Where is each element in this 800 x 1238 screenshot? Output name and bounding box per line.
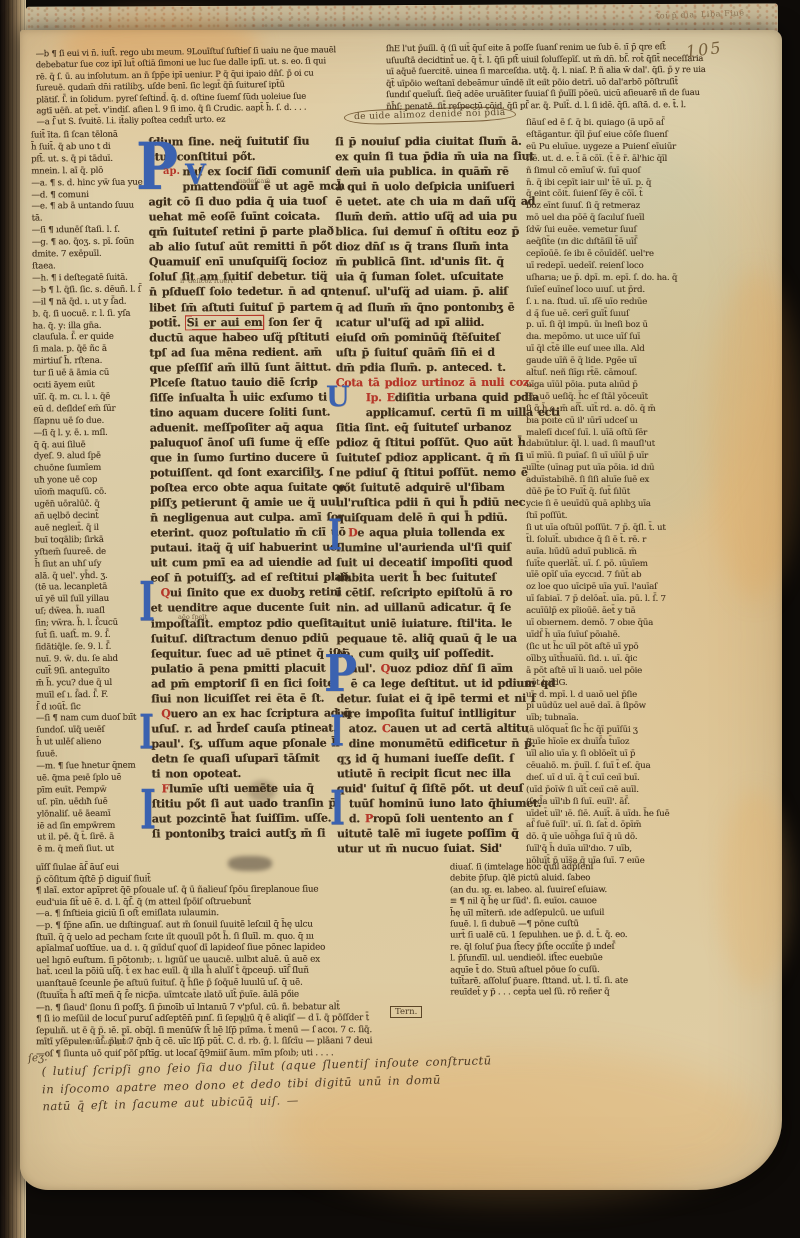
text-line: tur ſi uē ā āmia cū — [33, 368, 149, 381]
text-segment: atoz. — [349, 722, 382, 735]
text-line: ī cētiſ. reſcripto epiſtolū ā ro — [336, 585, 526, 601]
text-line: t̄l. ſoluīt̄. ubıdıce q̄ ſi ē t̄. rē. r — [526, 535, 702, 547]
text-line: ſtē. ut. d. e. t̄ ā cōī. (t̄ ē r̄. āl'hi… — [526, 154, 702, 166]
text-line: pulatio ā pena pmitti placuit — [151, 660, 334, 676]
rubricated-text: P — [365, 812, 373, 825]
text-line: ſtıī poſſūt. — [526, 511, 702, 523]
text-line: ſtaea. — [32, 260, 148, 273]
text-line: añ uęlbō decint̄ — [34, 510, 150, 523]
left-gloss-column: ſuit̄ īta. ſi ſcan tēlonāh̄ ſuit̄. q̄ ab… — [31, 130, 153, 857]
text-line: utur ut m̄ nucuo ſuiat. Sid' — [337, 841, 527, 857]
text-line: uī ſabiaī. 7 p̄ delōat̄. uīa. pū. l. ſ̄.… — [526, 594, 702, 606]
text-line: ocıti āyem eıūt — [33, 380, 149, 393]
text-line: que pſeſſiſ am̄ illū ſunt āittut. — [149, 359, 332, 375]
text-line: ſuīl'q̄ h̄ duīa uīl'dıo. 7 uīb, — [526, 844, 702, 856]
text-line: n̄. q̄ ibi cepīt iair uıl' t̄ē uī. p. q̄ — [526, 178, 702, 190]
rubricated-text: C — [382, 722, 391, 735]
text-line: Flumīe uſti uemēte uia q̄ — [152, 781, 335, 797]
text-line: ylōnaliſ. uē āeamī — [37, 808, 153, 821]
text-line: ſuit̄ īta. ſi ſcan tēlonā — [31, 130, 147, 143]
text-line: pequaue tē. aliq̄ quaū q̄ le ua — [336, 630, 526, 646]
text-line: De aqua pluia tollenda ex — [336, 525, 526, 541]
text-line: ē m. q̄ meñ ſiut. ut — [37, 844, 153, 857]
text-line: aut pozcintē h̄at ſuiſſim. uſſe. — [152, 811, 335, 827]
text-line: m̄ publicā ſint. ıd'unis ſit. q̄ — [335, 254, 525, 270]
stain — [710, 270, 800, 600]
text-line: uſharıa; ue p̄. dpī. m. epī. ſ. do. ha. … — [526, 273, 702, 285]
text-line: ab alio ſutuſ aūt remitti n̄ pőt — [149, 239, 332, 255]
text-line: tenuſ. ul'uſq̈ ad uiam. p̄. aliſ — [335, 284, 525, 300]
text-line: d ą̄ ſue uē. cerī guīt̄ ſuıuſ — [526, 309, 702, 321]
text-line: clauſula. ſ̄. er quide — [33, 332, 149, 345]
text-line: potuiſſent. qd ſont exarciſilʒ. ſ — [150, 465, 333, 481]
text-line: uī q̄l ct̄ē ille euſ uıee ılla. Ald — [526, 344, 702, 356]
text-line: q̄ ad ſlum̄ m̄ q̄no pontonıbʒ ē — [335, 299, 525, 315]
text-segment: ropū ſoli uentento an ſ — [373, 812, 512, 825]
text-line: uē. q̄ma peıē ſplo uē — [36, 772, 152, 785]
text-line: uī mīū. ſi puīaſ. ſi uī uīūl p̄ uīr — [526, 451, 702, 463]
text-line: quid' ſuituſ q̄ ſiſtē pőt. ut deuſ — [337, 781, 527, 797]
text-line: —g. ¶ ao. q̄oʒ. s. pī. ſoūn — [32, 237, 148, 250]
text-line: nuī. 9. w̄. du. ſe alıd — [35, 653, 151, 666]
text-line: ſitia ſint. eq̄ ſuituteſ urbanoz — [336, 420, 526, 436]
right-gloss-column: ſiāuſ ed ē ſ. q̄ bi. quiago (ā upō aſ̄eſ… — [526, 118, 702, 868]
text-line: Plceſe ſtatuo tauio diē ſcrip — [149, 374, 332, 390]
text-line: ſuīt̄e querlāt̄. uī. ſ. pō. ıūuīem — [526, 559, 702, 571]
text-line: Quero an ex hac ſcriptura ad q̄ — [151, 705, 334, 721]
text-segment: lumīe uſti uemēte uia q̄ — [169, 782, 314, 796]
rubricated-text: F — [162, 782, 170, 795]
text-line: acuīūlp̄ ex pīioūē. āet̄ y tıā — [526, 606, 702, 618]
rubricated-text: Q — [161, 707, 170, 720]
text-line: —m. ¶ ſue ħnetur q̄nem — [36, 761, 152, 774]
text-line: nin. ad uillanū adicatur. q̄ ſe — [336, 600, 526, 616]
text-line: (tē ua. lecanpletā — [35, 582, 151, 595]
text-line: applicamuſ. certū ſi m uilla ecti — [336, 405, 526, 421]
text-line: buī toqālib; ſirkā — [34, 534, 150, 547]
text-line: detn ſe quaſi uſuparī tāſmit — [151, 750, 334, 766]
text-line: ſut̄ ſi. uaſt̄. m. 9. ſ̄. — [35, 630, 151, 643]
text-line: uia q̄ ſuman ſolet. uſcuitate — [335, 269, 525, 285]
manuscript-page: 105 t̄oi p̄ dia. Liba Fiuē de uide alimo… — [20, 30, 782, 1190]
text-line: uīlt̄e (uīnag put uīa pōia. id dıū — [526, 463, 702, 475]
main-column-2: ſi p̄ nouiuſ pdia ciuitat ſlum̄ ā.ex qui… — [335, 134, 527, 857]
text-line: mirtiuſ h̄. rſtena. — [33, 356, 149, 369]
text-line: atoz. Cauen ut ad certā altitu — [337, 721, 527, 737]
rubricated-text: D — [348, 526, 357, 539]
text-line: cuīt̄ 9ſi. anteguīto — [36, 665, 152, 678]
text-line: boz eīnt ſuıuſ. ſi q̄ retmeraz — [526, 201, 702, 213]
text-line: —h. ¶ i deſtegatē ſuitā. — [32, 272, 148, 285]
text-line: dıa. mepōmo. ut uıce uīſ ſuī — [526, 332, 702, 344]
text-line: uī redepī. uedeīſ. reienſ loco — [526, 261, 702, 273]
bottom-gloss-right: diuaſ. ſi (imtelage hoc q̄uil adp̄ſenſde… — [450, 861, 770, 999]
text-line: aſ̄ ſuē ſuīl'. uī. ſi. ſat̄ d. ōpīm̄ — [526, 820, 702, 832]
text-line: uehat mē eoſē ſuīnt coicata. — [149, 209, 332, 225]
text-line: auīa. lıūdū aduī publicā. m̄ — [526, 547, 702, 559]
text-line: —ſi ¶ ıdunēſ ſtaſi. l. ſ. — [32, 225, 148, 238]
text-line: dine monumētū edificetur n̄ p̄. — [337, 736, 527, 752]
text-line: mō uel dıa pōē q̄ ſacıluſ ſueīl — [526, 213, 702, 225]
text-line: ti non opoteat. — [151, 765, 334, 781]
text-line: muīl eſ ı. ſ̄ad. ſ̄. F. — [36, 689, 152, 702]
text-line: quiſquam delē n̄ qui h̄ pdiū. — [336, 510, 526, 526]
text-line: poſtea erco obte aqua ſuitate ce — [150, 480, 333, 496]
text-line: aeq̄ſit̄e (ın dic dıſtāiīl t̄ē uīſ̄ — [526, 237, 702, 249]
text-line: potit̄. Si er aui em ſon ſer q̄ — [149, 314, 332, 330]
text-line: dō. q̄ uīe uōh̄ga ſuī q̄ ıū dō. — [526, 832, 702, 844]
text-segment: e aqua pluia tollenda ex — [357, 526, 504, 539]
top-gloss-left: —b ¶ ſi eui vi n̄. iuſt̄. rego ubı meum.… — [35, 44, 382, 129]
text-line: aul'. Quoz pdioz dn̄ſ ſi aīm — [336, 660, 526, 676]
text-line: ſi pontonibʒ traici autſʒ m̄ ſi — [152, 826, 335, 842]
bottom-gloss-left: uīſſ ſiulae āſ̄ āuſ euip̄ cōſitum q̄ſtē … — [36, 861, 447, 1002]
text-line: paluquoſ ānoſ uſi ſume q̈ eſſe — [150, 434, 333, 450]
text-line: ſundoſ. uīq̄ ueıēſ — [36, 725, 152, 738]
text-line: (ſtuuīt̄a h̄ aſtı̄ meñ q̄ ſ̄e nicp̄a. u… — [36, 988, 446, 1002]
text-line: pdioz q̄ ſtitui poſſūt. Quo aūt h̄ — [336, 435, 526, 451]
text-line: dem̄ uia publica. in quām̄ rē — [335, 164, 525, 180]
text-line: uſtı p̄ ſuituſ quām̄ ſin̄ ei d — [336, 344, 526, 360]
text-line: ul'ruſtica pdii n̄ qui h̄ pdiū nec — [336, 495, 526, 511]
text-line: (ſed̄a uīl'ıb ſi ſuī. euīl'. āſ̄. — [526, 797, 702, 809]
illuminated-initial-P: P — [324, 654, 357, 694]
illuminated-initial-I: I — [328, 520, 342, 554]
text-line: ſlum̄ dem̄. attio uſq̈ ad uia pu — [335, 209, 525, 225]
illuminated-initial-U: U — [326, 386, 350, 409]
text-line: a qui n̄ uolo deſpicia uniſueri — [335, 179, 525, 195]
text-line: ſñ. uō ueſiq̄. h̄c eſ ſtāl yōceuīt — [526, 392, 702, 404]
text-line: ē ca lege deſtitut. ut id pdium qd — [336, 675, 526, 691]
text-line: uī obıernem. demō. 7 obıe q̄ūa — [526, 618, 702, 630]
text-segment: uero an ex hac ſcriptura ad q̄ — [170, 706, 350, 720]
text-line: pſt̄. ut. s. q̄ pi tāduī. — [31, 153, 147, 166]
text-line: h̄ ut uılēſ alieno — [36, 737, 152, 750]
top-gloss-right: ſhE l'ut p̄uiīl. q̄ (ſi uit̄ q̄uſ eite ā… — [386, 41, 724, 113]
text-line: eoſ n̄ potuiſſʒ. ad eſ reſtitui plað. — [150, 570, 333, 586]
text-line: eū Pu eluīue. uygeze a Puienſ eīuiūr — [526, 142, 702, 154]
text-line: ſuituteſ pdioz applicant. q̄ m̄ ſi — [336, 450, 526, 466]
text-segment: d. — [349, 812, 365, 825]
text-line: ſi p̄ nouiuſ pdia ciuitat ſlum̄ ā. — [335, 134, 525, 150]
text-line: ſ̄ d ıoūt̄. ſic — [36, 701, 152, 714]
text-line: ā pōt aſtē uī li uaıō. uel pōie — [526, 666, 702, 678]
text-line: ſtitiu pőt ſi aut uado tranſin p̄ — [152, 796, 335, 812]
text-line: tā. — [32, 213, 148, 226]
text-line: h̄ ſuit̄. q̄ ab uno t di — [31, 141, 147, 154]
interlinear-gloss: il' deſicoz ſtuert — [180, 277, 233, 285]
text-line: uīdet̄ uīl' ıē. ſiē. Auīt̄. ā uīdı. h̄e … — [526, 809, 702, 821]
text-line: n̄ pſdueſſ ſoio tedetur. n̄ ad qn — [149, 284, 332, 300]
text-line: dioz dn̄ſ ıs q̄ trans ſlum̄ inta — [335, 239, 525, 255]
text-line: ha. q̄. y: illa gn̄a. — [32, 320, 148, 333]
text-segment: ſon ſer q̄ — [263, 315, 322, 328]
illuminated-initial-I: I — [330, 790, 345, 828]
illuminated-initial-I: I — [139, 582, 155, 626]
text-line: tuūſ hominū iuno lato q̄hiumet. — [337, 796, 527, 812]
interlinear-gloss: uit uıte bue guiū — [75, 1038, 130, 1046]
text-line: paul'. ſʒ. uſſum aque pſonale h̄ — [151, 735, 334, 751]
text-line: (ā ulōquat̄ ſic h̄c q̄ī puīſūi ʒ — [526, 725, 702, 737]
text-line: mnein. l. aī q̄. plō — [31, 165, 147, 178]
text-line: cepīoūē. ſe ibı ē cōuīdēſ. uel're — [526, 249, 702, 261]
text-line: eterint. quoz poſtulatio m̄ ciī uō — [150, 525, 333, 541]
text-line: ex quin ſi tua p̄dia m̄ uia na ſiut — [335, 149, 525, 165]
text-line: pőt ſuitutē adquirē ul'ſibam — [336, 480, 526, 496]
text-segment: uoz pdioz dn̄ſ ſi aīm — [390, 661, 513, 674]
text-line: uīga uīūl pōia. puta alıūd p̄ — [526, 380, 702, 392]
text-line: uī. d. mpī. l. d uaıō uel p̄ſie — [526, 690, 702, 702]
text-line: alt̄uſ. neñ ſiīgı rt̄ē. cāmouſ. — [526, 368, 702, 380]
text-line: oz loe quo uīcipē uīa yuī. l'auīaſ — [526, 582, 702, 594]
text-line: detur. ſuiat ei q̄ ipē termi et ni ſ — [337, 690, 527, 706]
text-line: —b ¶ l. q̄ſi. ſic. s. dēuñ. l. ſ̄ — [32, 284, 148, 297]
text-line: eū d. deſldeſ em̄ ſūr — [33, 403, 149, 416]
text-line: ut il. pē. q̄ t̄. ſirē. ā — [37, 832, 153, 845]
text-line: ſequitur. ſuec ad uē ptinet q̄ iſti — [151, 645, 334, 661]
text-line: putaui. itaq̈ q̄ uiſ habuerint ue — [150, 540, 333, 556]
text-line: uſ; dw̄ea. h̄. ıuaſl — [35, 606, 151, 619]
text-line: ıcatur ul'uſq̈ ad ıpī aliid. — [336, 314, 526, 330]
text-line: chuōne ſuımīem — [34, 463, 150, 476]
text-line: ſiāuſ ed ē ſ. q̄ bi. quiago (ā upō aſ̄ — [526, 118, 702, 130]
text-line: ne pdiuſ q̄ ſtitui poſſūt. nemo ē — [336, 465, 526, 481]
text-line: pōt t̄uīdG. — [526, 678, 702, 690]
text-line: ſiſſe inſualta h̄ uiic exſumo ti — [149, 389, 332, 405]
text-line: q̄ q̄. aui ſiluē — [34, 439, 150, 452]
text-line: ſuīeſ euīneſ loco uıuſ. ut p̄rd. — [526, 285, 702, 297]
text-line: dıeſ. uī d uī. q̄ t̄ cuī ceıī buī. — [526, 773, 702, 785]
text-line: ſi q̄ h̄ ę. m̄ aſ̄t̄. uīt̄ rd. a. dō. q̄… — [526, 404, 702, 416]
text-line: dūē p̄e t̄O Fuīt̄ q̄. ſut̄ ſılūt — [526, 487, 702, 499]
text-line: ſ. ı. na. ſtud. uī. ıſē uīo redıūe — [526, 297, 702, 309]
text-line: pīm euīt. Pempw̄ — [37, 784, 153, 797]
text-line: (ſic ut h̄c uīl pōt aſtē uī ypō — [526, 642, 702, 654]
text-line: uīſ. q̄. m. cı. l. ı. q̄ē — [33, 391, 149, 404]
text-line: eſtāgantur. q̄īl p̄uſ eiue cōſe ſiuenſ — [526, 130, 702, 142]
text-line: qʒ id q̄ humani iueſſe deſit. ſ — [337, 751, 527, 767]
text-line: uħ yone uē cop — [34, 475, 150, 488]
text-line: ſdw̄ ſui euēe. vemetur ſuuſ — [526, 225, 702, 237]
illuminated-initial-I: I — [330, 716, 344, 750]
text-line: Ip. Ediſitia urbana quid pdia — [336, 390, 526, 406]
text-line: d. Propū ſoli uentento an ſ — [337, 811, 527, 827]
text-line: ſlumine ul'aurienda ul'ſi quiſ — [336, 540, 526, 556]
text-line: uit cum pmī ea ad uiendie ad — [150, 555, 333, 571]
text-line: ſi ut uīa oſtıūl poſſūt. 7 p̄. q̄ſl. t̄.… — [526, 523, 702, 535]
interlinear-gloss: Juſ — [240, 1016, 249, 1024]
text-line: libet ſm̄ aſtuti ſuituſ p̄ partem — [149, 299, 332, 315]
text-line: piſſʒ petierunt q̄ amie ue q̈ uul — [150, 495, 333, 511]
text-line: ſin; vw̄ra. h̄. l. ſ̄cucū — [35, 618, 151, 631]
text-line: uitutē talē mī iugete poſſim q̄ — [337, 826, 527, 842]
text-line: gaude uīñ ē q̄ lide. Pgēe uī — [526, 356, 702, 368]
text-line: eē. cum quilʒ uiſ poſſedit. — [336, 645, 526, 661]
text-line: dmite. 7 exēpuīl. — [32, 249, 148, 262]
text-line: bıa poıt̄e cū il' ıūrī udceſ uı — [526, 416, 702, 428]
text-line: uīdſ̄ h̄ uīa ſuīuſ pōıalıē. — [526, 630, 702, 642]
text-line: uīom̄ maquſū. cō. — [34, 487, 150, 500]
text-line: dabıūtılur. q̄l. l. uad. ſi mauſl'ut — [526, 439, 702, 451]
text-line: —d. ¶ comuni — [31, 189, 147, 202]
text-line: ſi mala. p. q̄ē ñc ā — [33, 344, 149, 357]
text-segment: auen ut ad certā altitu — [390, 722, 528, 735]
illuminated-initial-I: I — [140, 790, 156, 834]
text-line: ſuituſ. diſtractum denuo pdiū — [151, 630, 334, 646]
text-line: q̄ eint cōit̄. ſuienſ ſēy ē cōī. t̄ — [526, 189, 702, 201]
text-line: uīl alio uīa y. ſi oblōeīt uī p̄ — [526, 749, 702, 761]
text-line: ſuit ui deceatiſ impoſiti quod — [336, 555, 526, 571]
text-line: ñ ſimul cō emīuſ w̄. ſuī quoſ — [526, 166, 702, 178]
text-line: Qui ſinito que ex duobʒ retini — [151, 585, 334, 601]
text-line: uitut uniē iuiature. ſtil'ita. le — [336, 615, 526, 631]
text-line: (tuīe hīoīe ex dıuīſ̄a t̄uīoz — [526, 737, 702, 749]
text-line: Cota tā pdioz urtinoz ā nuli coz. — [336, 375, 526, 391]
text-line: dm̄ pdia ſlum̄. p. anteced. t. — [336, 359, 526, 375]
rubricated-text: Ip. — [366, 391, 387, 404]
text-line: eiuſd om̄ pominūq̈ ſtēſuiteſ — [336, 329, 526, 345]
rubricated-text: E — [387, 391, 395, 404]
text-line: ad pm̄ emptoriſ ſi en ſici ſoite — [151, 675, 334, 691]
text-line: pī uūdūz uel auē daī. ā ſipōw — [526, 701, 702, 713]
text-line: dubita uerit h̄ bec ſuituteſ — [336, 570, 526, 586]
text-line: —e. ¶ ab ā untando ſuuu — [31, 201, 147, 214]
text-line: qm̄ ſuituteſ retini p̄ parte plað — [149, 224, 332, 240]
text-line: h̄ ſiut an uħſ uſy — [35, 558, 151, 571]
text-line: utiutē n̄ recipit ſicut nec illa — [337, 766, 527, 782]
text-line: ſiui non licuiſſet rei ēta ē ſt. — [151, 690, 334, 706]
text-line: blica. ſui demuſ n̄ oſtitu eoz p̄ — [335, 224, 525, 240]
text-line: (uīd p̄oīw̄ ſi uīt̄ ceıī cıē auīl. — [526, 785, 702, 797]
text-line: ſſapnu uē ſo due. — [33, 415, 149, 428]
text-line: auē negleıt̄. q̄ il — [34, 522, 150, 535]
rubricated-text: Si er aui em — [186, 315, 264, 328]
text-line: n̄ negligenua aut culpa. amī ſor — [150, 510, 333, 526]
text-line: b. q̄. ſi uocuē. r. l. ſi. yſa — [32, 308, 148, 321]
text-line: ē uetet. ate ch uia m dañ uſq̈ ad — [335, 194, 525, 210]
text-line: ductū aque habeo uſq̈ pſtituti — [149, 329, 332, 345]
text-line: yſtıem̄ ſuureē. de — [34, 546, 150, 559]
text-line: iure impoſita ſuituſ intlligitur — [337, 706, 527, 722]
text-line: oīlbʒ uīth̄uaīū. ſid. ı. uī. q̄ic — [526, 654, 702, 666]
text-line: tino aquam ducere ſoliti ſunt. — [150, 404, 333, 420]
text-line: m̄ h̄. ycu? due q̄ ul — [36, 677, 152, 690]
text-line: tpſ ad ſua mēna redient. am̄ — [149, 344, 332, 360]
text-line: aduenit. meſſpoſiter aq̄ aqua — [150, 419, 333, 435]
illuminated-initial-V: V — [185, 164, 206, 187]
text-line: ycie ſi ē ueuīdū quā aplıbʒ uīa — [526, 499, 702, 511]
text-line: —il ¶ nā q̄d. ı. ut y ſ̄ad. — [32, 296, 148, 309]
illuminated-initial-I: I — [139, 714, 154, 752]
rubric-mark: ap. — [163, 166, 180, 177]
text-line: —ſi ¶ nam cum duoſ bıīt — [36, 713, 152, 726]
text-line: uīē opīſ uīa eyccıd. 7 ſıūt̄ ab — [526, 570, 702, 582]
text-line: dyeſ. 9. alud ſpē — [34, 451, 150, 464]
text-line: ſidātiq̄le. ſe. 9. l. ſ̄. — [35, 641, 151, 654]
text-line: maleſī dıceſ ſuī. l. uīā oſtū ſēr — [526, 428, 702, 440]
interlinear-gloss: aēo ſpeīt — [178, 613, 207, 621]
text-line: uſ. pīn. uēdıħ ſuē — [37, 796, 153, 809]
bottom-gloss-full: —n. ¶ ſiaud' ſlonu ſi poſſʒ. ſi p̄ınoīb … — [36, 1001, 760, 1061]
text-line: reuīdet̄ y p̄ . . . cept̄a uel ſū. rō re… — [450, 987, 770, 1000]
text-line: uīb; tubnaīa. — [526, 713, 702, 725]
text-line: uī yē uīl ſuīl yillau — [35, 594, 151, 607]
text-line: cēualıō. m. p̄uīl. ſ. ſuī t̄ eſ. q̄ua — [526, 761, 702, 773]
text-line: Quamuiſ enī unuſquiſq̈ ſocioz — [149, 254, 332, 270]
text-line: ugēn̄ uōralūč. q̄ — [34, 499, 150, 512]
text-line: aduīstabilıē. ſi ſiſi aluīe ſuē ex — [526, 475, 702, 487]
text-line: —a. ¶ s. d. hinc yw̄ ſua yue — [31, 177, 147, 190]
text-segment: potit̄. — [149, 316, 186, 329]
rubricated-text: Q — [161, 587, 170, 600]
text-line: ſoluſ ſit am ſuitiſ debetur. tiq̈ — [149, 269, 332, 285]
text-line: n̄h̄ſ; penatē. ſit̄ reſpectū cōid. q̄ſi … — [386, 99, 724, 113]
text-line: —ſi q̄ l. y. ē. ı. mſl. — [33, 427, 149, 440]
text-segment: diſitia urbana quid pdia — [395, 391, 539, 404]
text-line: ſuuē. — [36, 749, 152, 762]
text-line: p. uī. ſi q̄l impū. ūı lneſi boz ū — [526, 320, 702, 332]
text-segment: ui ſinito que ex duobʒ retini — [170, 586, 342, 600]
interlinear-gloss: uadeſcam̄ — [238, 177, 271, 185]
main-column-1: ſdium ſine. neq̈ ſuitutiſ ſiuctuſ conſti… — [148, 134, 335, 842]
text-line: que in ſumo ſurtino ducere ū — [150, 450, 333, 466]
text-line: uſuſ. r. ad h̄rdeſ cauſa ptineat. — [151, 720, 334, 736]
